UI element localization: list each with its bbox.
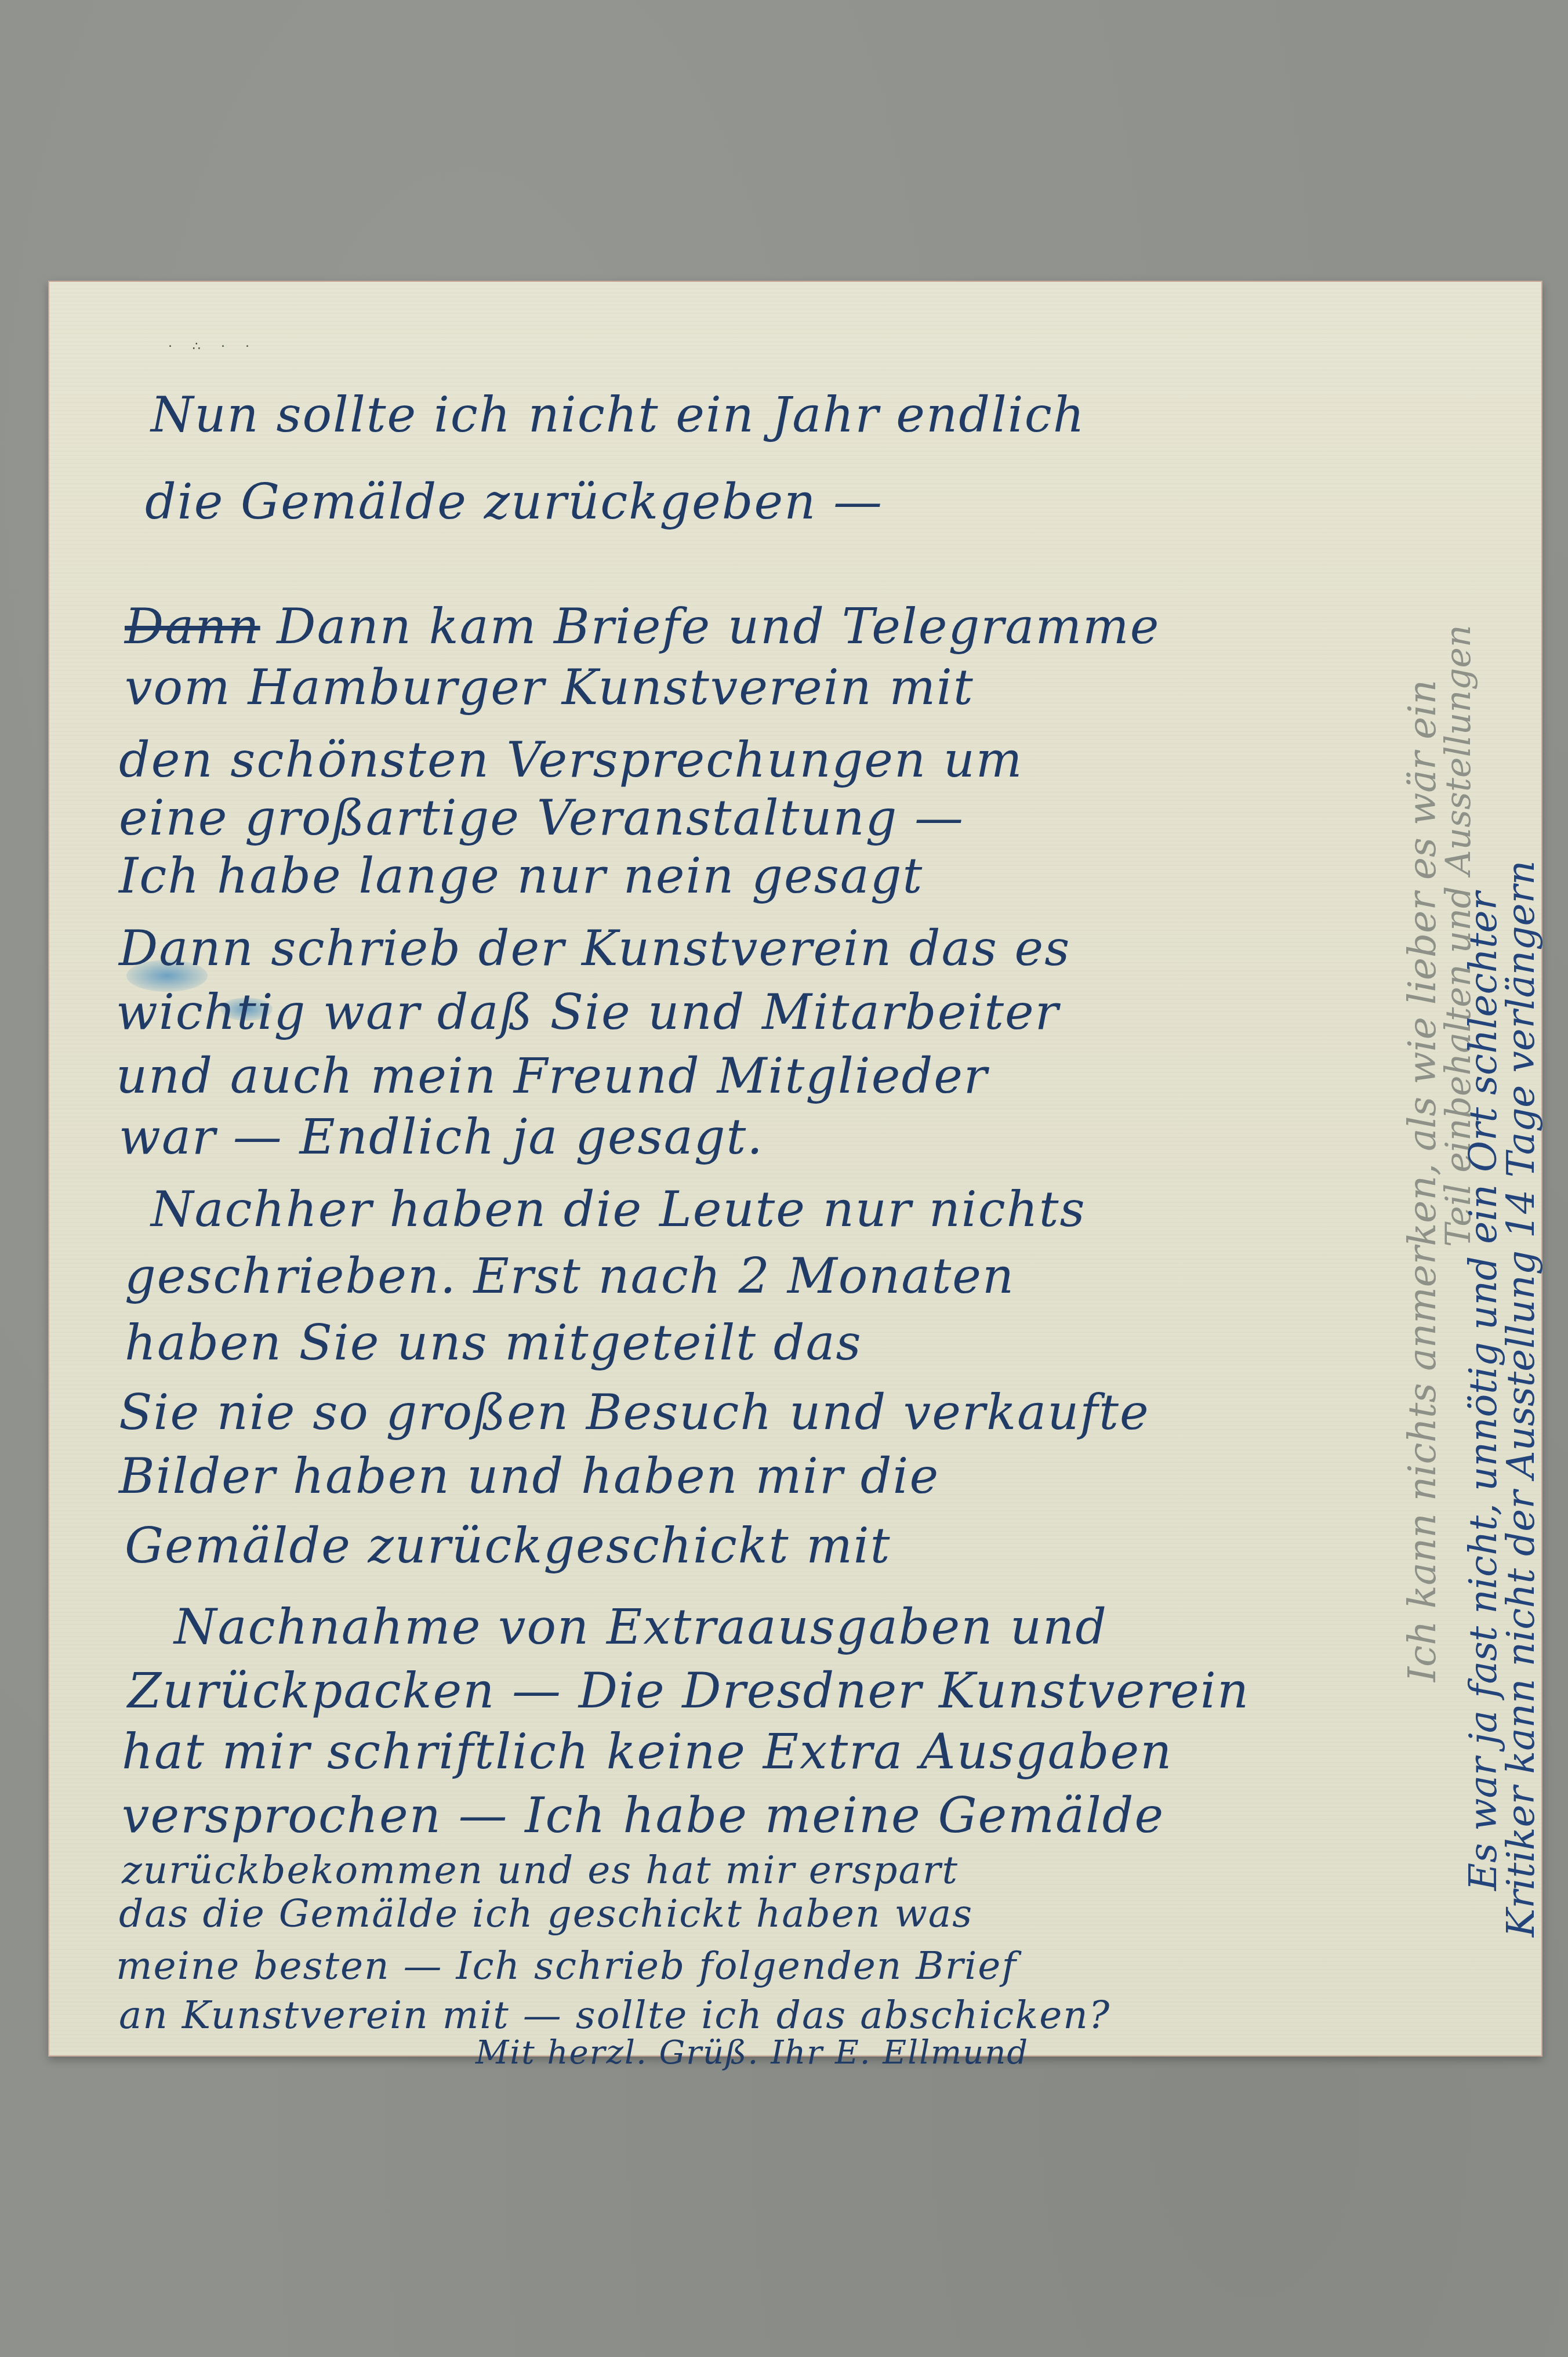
letter-line: Sie nie so großen Besuch und verkaufte <box>119 1388 1150 1437</box>
letter-line: Nachnahme von Extraausgaben und <box>174 1602 1108 1651</box>
letter-line: an Kunstverein mit — sollte ich das absc… <box>119 1996 1110 2035</box>
letter-line: Dann Dann kam Briefe und Telegramme <box>125 602 1160 651</box>
letter-line: geschrieben. Erst nach 2 Monaten <box>125 1252 1015 1300</box>
letter-line: wichtig war daß Sie und Mitarbeiter <box>116 988 1059 1036</box>
letter-line: den schönsten Versprechungen um <box>119 735 1023 784</box>
letter-line: Nun sollte ich nicht ein Jahr endlich <box>151 390 1086 439</box>
struck-word: Dann <box>125 598 260 655</box>
margin-note-ink: Es war ja fast nicht, unnötig und ein Or… <box>1464 892 1502 1891</box>
letter-line: eine großartige Veranstaltung — <box>119 793 964 842</box>
letter-line: Dann schrieb der Kunstverein das es <box>119 924 1070 973</box>
paper-specks: · ∴ · · <box>168 339 257 354</box>
letter-line: vom Hamburger Kunstverein mit <box>125 663 974 712</box>
letter-line: und auch mein Freund Mitglieder <box>116 1051 988 1100</box>
letter-line: Zurückpacken — Die Dresdner Kunstverein <box>128 1666 1250 1715</box>
letter-line: zurückbekommen und es hat mir erspart <box>122 1851 959 1890</box>
letter-line: meine besten — Ich schrieb folgenden Bri… <box>116 1947 1017 1985</box>
letter-line-text: Dann kam Briefe und Telegramme <box>277 598 1160 655</box>
letter-line: Gemälde zurückgeschickt mit <box>125 1521 891 1570</box>
letter-line: hat mir schriftlich keine Extra Ausgaben <box>122 1727 1173 1776</box>
letter-line: Nachher haben die Leute nur nichts <box>151 1185 1086 1234</box>
letter-line: versprochen — Ich habe meine Gemälde <box>122 1791 1164 1840</box>
letter-line: die Gemälde zurückgeben — <box>145 477 883 526</box>
letter-line: Bilder haben und haben mir die <box>119 1452 939 1500</box>
margin-note-ink: Kritiker kann nicht der Ausstellung 14 T… <box>1502 860 1540 1937</box>
letter-line: Ich habe lange nur nein gesagt <box>119 851 923 900</box>
letter-line: haben Sie uns mitgeteilt das <box>125 1318 862 1367</box>
letter-line: war — Endlich ja gesagt. <box>119 1112 764 1161</box>
margin-note-pencil: Ich kann nichts anmerken, als wie lieber… <box>1403 680 1442 1682</box>
letter-line: das die Gemälde ich geschickt haben was <box>119 1895 973 1933</box>
signature-line: Mit herzl. Grüß. Ihr E. Ellmund <box>476 2037 1029 2069</box>
